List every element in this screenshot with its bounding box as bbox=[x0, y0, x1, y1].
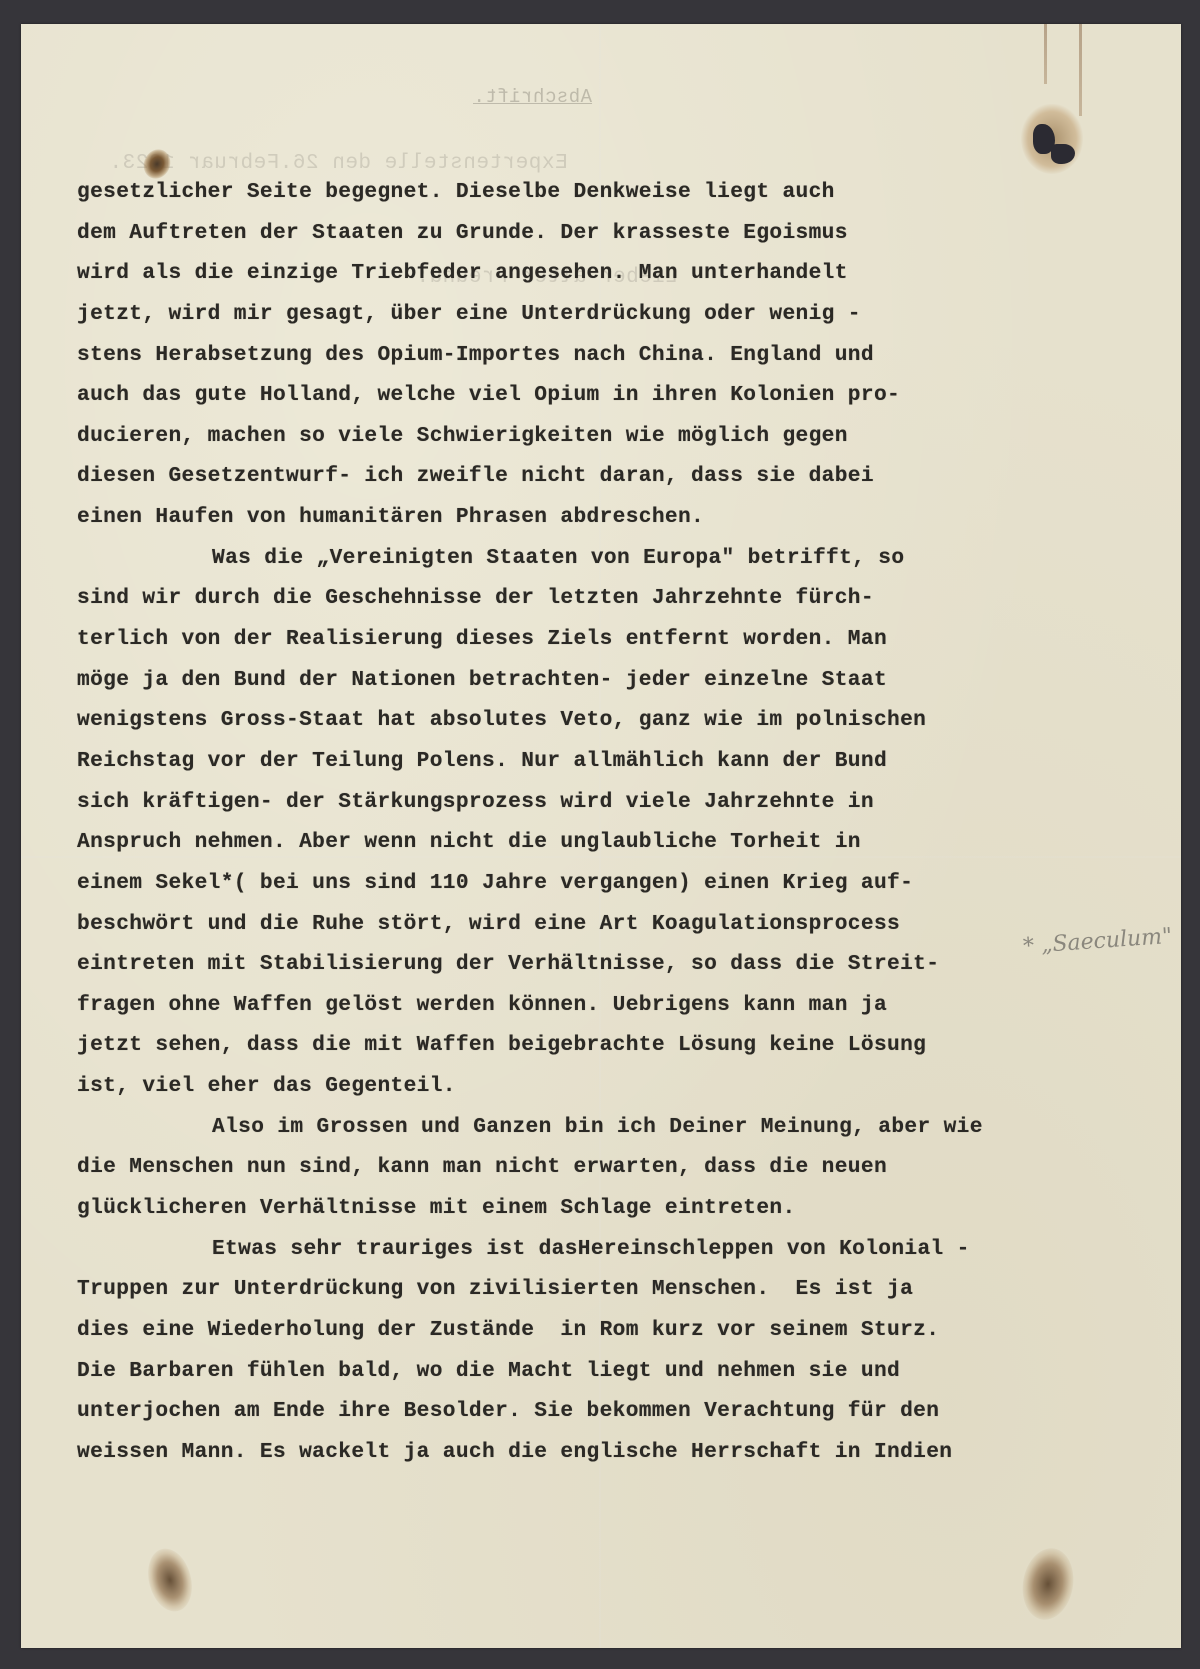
text-line: Truppen zur Unterdrückung von zivilisier… bbox=[77, 1269, 1137, 1310]
text-line: möge ja den Bund der Nationen betrachten… bbox=[77, 660, 1137, 701]
bleed-through-header: Abschrift. bbox=[473, 86, 592, 108]
text-line: einen Haufen von humanitären Phrasen abd… bbox=[77, 497, 1137, 538]
letter-page: Abschrift. Expertenstelle den 26.Februar… bbox=[21, 24, 1181, 1648]
text-line: beschwört und die Ruhe stört, wird eine … bbox=[77, 904, 1137, 945]
scratch-mark bbox=[1044, 24, 1047, 84]
burn-hole-top-right bbox=[1021, 96, 1083, 174]
text-line: dem Auftreten der Staaten zu Grunde. Der… bbox=[77, 213, 1137, 254]
text-line: eintreten mit Stabilisierung der Verhält… bbox=[77, 944, 1137, 985]
text-line: Was die „Vereinigten Staaten von Europa"… bbox=[77, 538, 1137, 579]
burn-mark-bottom-left bbox=[141, 1544, 198, 1617]
text-line: jetzt, wird mir gesagt, über eine Unterd… bbox=[77, 294, 1137, 335]
text-line: Etwas sehr trauriges ist dasHereinschlep… bbox=[77, 1229, 1137, 1270]
typewritten-body: gesetzlicher Seite begegnet. Dieselbe De… bbox=[77, 172, 1137, 1473]
text-line: terlich von der Realisierung dieses Ziel… bbox=[77, 619, 1137, 660]
text-line: wenigstens Gross-Staat hat absolutes Vet… bbox=[77, 700, 1137, 741]
text-line: sind wir durch die Geschehnisse der letz… bbox=[77, 578, 1137, 619]
text-line: Anspruch nehmen. Aber wenn nicht die ung… bbox=[77, 822, 1137, 863]
text-line: fragen ohne Waffen gelöst werden können.… bbox=[77, 985, 1137, 1026]
text-line: stens Herabsetzung des Opium-Importes na… bbox=[77, 335, 1137, 376]
text-line: Reichstag vor der Teilung Polens. Nur al… bbox=[77, 741, 1137, 782]
text-line: weissen Mann. Es wackelt ja auch die eng… bbox=[77, 1432, 1137, 1473]
text-line: wird als die einzige Triebfeder angesehe… bbox=[77, 253, 1137, 294]
text-line: die Menschen nun sind, kann man nicht er… bbox=[77, 1147, 1137, 1188]
text-line: Die Barbaren fühlen bald, wo die Macht l… bbox=[77, 1351, 1137, 1392]
text-line: Also im Grossen und Ganzen bin ich Deine… bbox=[77, 1107, 1137, 1148]
text-line: jetzt sehen, dass die mit Waffen beigebr… bbox=[77, 1025, 1137, 1066]
text-line: glücklicheren Verhältnisse mit einem Sch… bbox=[77, 1188, 1137, 1229]
text-line: diesen Gesetzentwurf- ich zweifle nicht … bbox=[77, 456, 1137, 497]
text-line: sich kräftigen- der Stärkungsprozess wir… bbox=[77, 782, 1137, 823]
text-line: auch das gute Holland, welche viel Opium… bbox=[77, 375, 1137, 416]
burn-mark-bottom-right bbox=[1017, 1544, 1079, 1624]
text-line: gesetzlicher Seite begegnet. Dieselbe De… bbox=[77, 172, 1137, 213]
text-line: ducieren, machen so viele Schwierigkeite… bbox=[77, 416, 1137, 457]
text-line: ist, viel eher das Gegenteil. bbox=[77, 1066, 1137, 1107]
text-line: unterjochen am Ende ihre Besolder. Sie b… bbox=[77, 1391, 1137, 1432]
text-line: einem Sekel*( bei uns sind 110 Jahre ver… bbox=[77, 863, 1137, 904]
text-line: dies eine Wiederholung der Zustände in R… bbox=[77, 1310, 1137, 1351]
